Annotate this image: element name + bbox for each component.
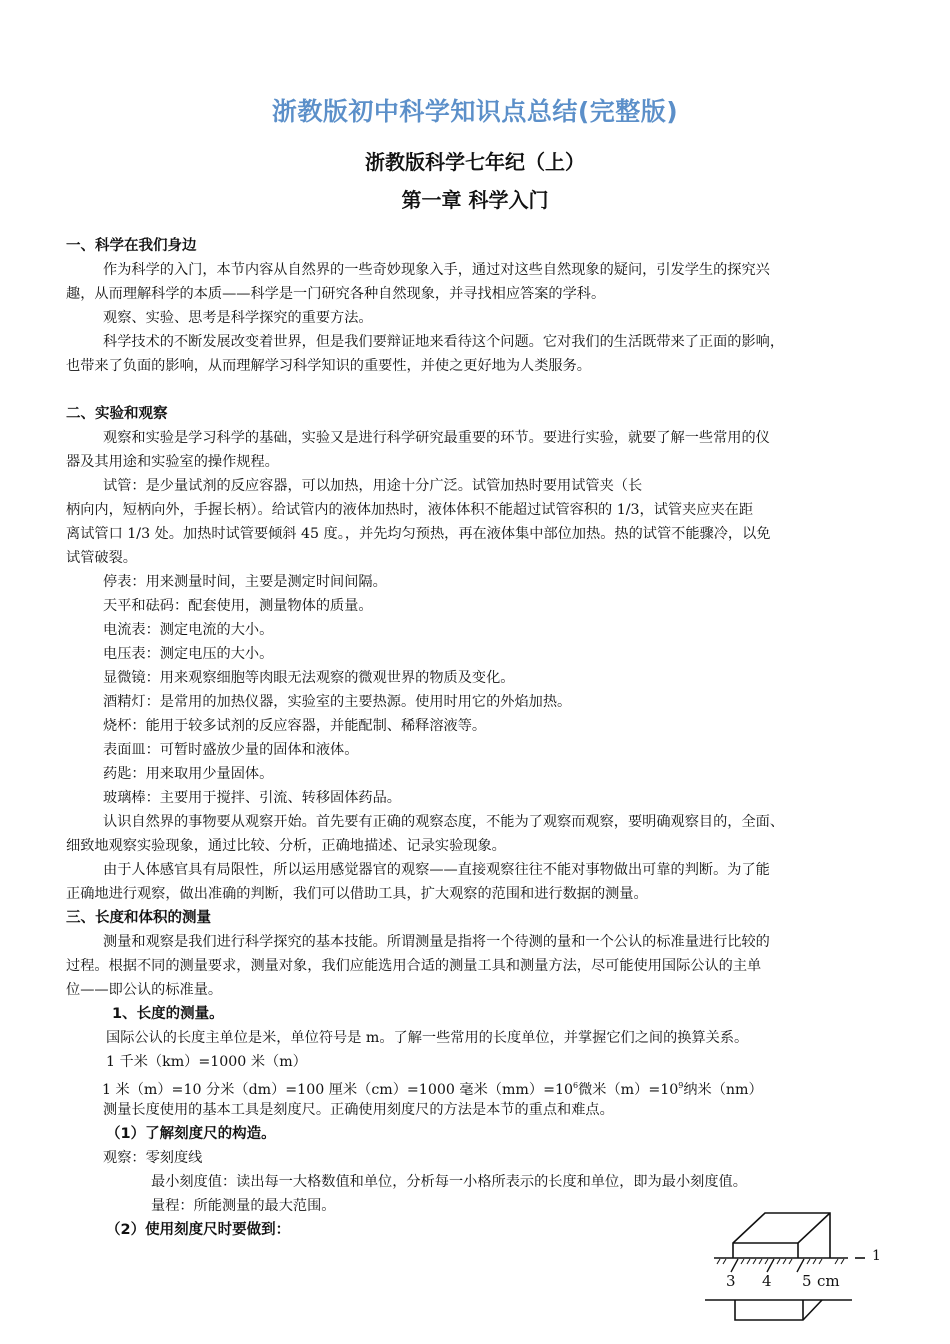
conversion-part: 1 米（m）=10 分米（dm）=100 厘米（cm）=1000 毫米（mm）=… — [102, 1082, 573, 1098]
instrument-line: 停表：用来测量时间，主要是测定时间间隔。 — [66, 570, 921, 594]
instrument-line: 电流表：测定电流的大小。 — [66, 618, 921, 642]
paragraph-line: 试管：是少量试剂的反应容器，可以加热，用途十分广泛。试管加热时要用试管夹（长 — [66, 474, 921, 498]
instrument-line: 烧杯：能用于较多试剂的反应容器，并能配制、稀释溶液等。 — [66, 714, 921, 738]
document-subtitle: 浙教版科学七年纪（上） — [0, 146, 950, 175]
paragraph-line: 由于人体感官具有局限性，所以运用感觉器官的观察——直接观察往往不能对事物做出可靠… — [66, 858, 921, 882]
instrument-line: 天平和砝码：配套使用，测量物体的质量。 — [66, 594, 921, 618]
paragraph-line: 正确地进行观察，做出准确的判断，我们可以借助工具，扩大观察的范围和进行数据的测量… — [66, 882, 884, 906]
paragraph-line: 过程。根据不同的测量要求，测量对象，我们应能选用合适的测量工具和测量方法，尽可能… — [66, 954, 884, 978]
paragraph-line: 最小刻度值：读出每一大格数值和单位，分析每一小格所表示的长度和单位，即为最小刻度… — [66, 1170, 950, 1194]
instrument-line: 显微镜：用来观察细胞等肉眼无法观察的微观世界的物质及变化。 — [66, 666, 921, 690]
instrument-line: 表面皿：可暂时盛放少量的固体和液体。 — [66, 738, 921, 762]
document-page: 浙教版初中科学知识点总结(完整版) 浙教版科学七年纪（上） 第一章 科学入门 一… — [0, 0, 950, 1344]
paragraph-line: 测量长度使用的基本工具是刻度尺。正确使用刻度尺的方法是本节的重点和难点。 — [66, 1098, 921, 1122]
paragraph-line: 科学技术的不断发展改变着世界，但是我们要辩证地来看待这个问题。它对我们的生活既带… — [66, 330, 921, 354]
paragraph-line: 作为科学的入门，本节内容从自然界的一些奇妙现象入手，通过对这些自然现象的疑问，引… — [66, 258, 921, 282]
instrument-line: 药匙：用来取用少量固体。 — [66, 762, 921, 786]
paragraph-line: 观察、实验、思考是科学探究的重要方法。 — [66, 306, 921, 330]
paragraph-line: 离试管口 1/3 处。加热时试管要倾斜 45 度。，并先均匀预热，再在液体集中部… — [66, 522, 884, 546]
instrument-line: 玻璃棒：主要用于搅拌、引流、转移固体药品。 — [66, 786, 921, 810]
section-heading: 三、长度和体积的测量 — [66, 906, 884, 930]
paragraph-line: 1 千米（km）=1000 米（m） — [66, 1050, 924, 1074]
paragraph-line: 测量和观察是我们进行科学探究的基本技能。所谓测量是指将一个待测的量和一个公认的标… — [66, 930, 921, 954]
tick-label: 4 — [762, 1272, 772, 1290]
paragraph-line: 国际公认的长度主单位是米，单位符号是 m。了解一些常用的长度单位，并掌握它们之间… — [66, 1026, 924, 1050]
paragraph-line: 趣，从而理解科学的本质——科学是一门研究各种自然现象，并寻找相应答案的学科。 — [66, 282, 884, 306]
conversion-part: 纳米（nm） — [683, 1082, 762, 1098]
paragraph-line: 试管破裂。 — [66, 546, 884, 570]
instrument-line: 电压表：测定电压的大小。 — [66, 642, 921, 666]
item-heading: （1）了解刻度尺的构造。 — [66, 1122, 924, 1146]
figure-label: 1 — [872, 1248, 881, 1264]
chapter-title: 第一章 科学入门 — [0, 184, 950, 213]
tick-label: 5 — [802, 1272, 812, 1290]
instrument-line: 酒精灯：是常用的加热仪器，实验室的主要热源。使用时用它的外焰加热。 — [66, 690, 921, 714]
section-heading: 二、实验和观察 — [66, 402, 884, 426]
conversion-part: 微米（m）=10 — [578, 1082, 678, 1098]
paragraph-line: 也带来了负面的影响，从而理解学习科学知识的重要性，并使之更好地为人类服务。 — [66, 354, 884, 378]
document-title: 浙教版初中科学知识点总结(完整版) — [0, 92, 950, 128]
paragraph-line: 认识自然界的事物要从观察开始。首先要有正确的观察态度，不能为了观察而观察，要明确… — [66, 810, 921, 834]
paragraph-line: 器及其用途和实验室的操作规程。 — [66, 450, 884, 474]
paragraph-line: 观察和实验是学习科学的基础，实验又是进行科学研究最重要的环节。要进行实验，就要了… — [66, 426, 921, 450]
unit-label: cm — [817, 1272, 840, 1290]
tick-label: 3 — [726, 1272, 736, 1290]
paragraph-line: 观察：零刻度线 — [66, 1146, 921, 1170]
ruler-measurement-figure: 3 4 5 cm 1 — [700, 1200, 910, 1344]
subsection-heading: 1、长度的测量。 — [66, 1002, 930, 1026]
paragraph-line: 柄向内，短柄向外，手握长柄）。给试管内的液体加热时，液体体积不能超过试管容积的 … — [66, 498, 884, 522]
paragraph-line: 细致地观察实验现象，通过比较、分析，正确地描述、记录实验现象。 — [66, 834, 884, 858]
section-heading: 一、科学在我们身边 — [66, 234, 884, 258]
paragraph-line: 位——即公认的标准量。 — [66, 978, 884, 1002]
